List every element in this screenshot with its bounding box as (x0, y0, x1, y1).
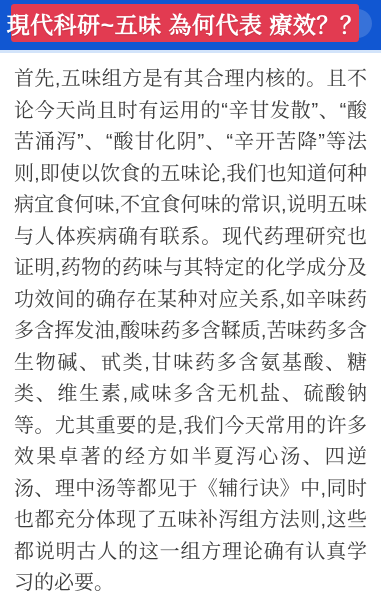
article-paragraph: 首先,五味组方是有其合理内核的。且不论今天尚且时有运用的“辛甘发散”、“酸苦涌泻… (14, 64, 367, 600)
article-body: 首先,五味组方是有其合理内核的。且不论今天尚且时有运用的“辛甘发散”、“酸苦涌泻… (0, 53, 381, 600)
page-title: 現代科研~五味 為何代表 療效？？ (7, 7, 364, 40)
title-bar: 現代科研~五味 為何代表 療效？？ (11, 4, 359, 42)
header-banner: 現代科研~五味 為何代表 療效？？ (0, 0, 381, 50)
